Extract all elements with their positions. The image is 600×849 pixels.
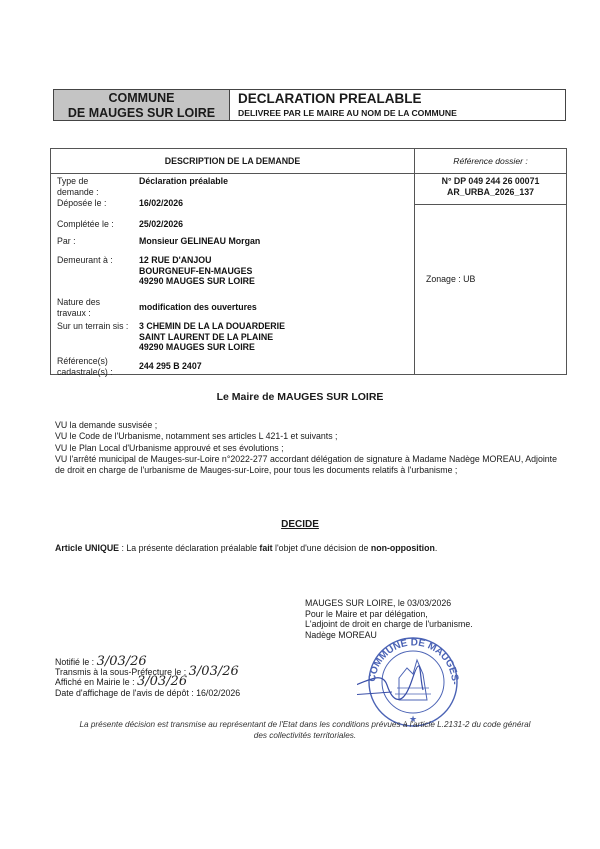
row-value: modification des ouvertures [139, 302, 409, 313]
maire-title: Le Maire de MAUGES SUR LOIRE [0, 391, 600, 403]
reference-number: N° DP 049 244 26 00071 [415, 176, 566, 187]
row-value: Monsieur GELINEAU Morgan [139, 236, 409, 247]
decision-result: non-opposition [371, 543, 435, 553]
row-value: 12 RUE D'ANJOUBOURGNEUF-EN-MAUGES49290 M… [139, 255, 409, 287]
transmis-date: 3/03/26 [189, 664, 239, 679]
description-table: DESCRIPTION DE LA DEMANDE Référence doss… [50, 148, 567, 375]
vu-item: VU la demande susvisée ; [55, 420, 565, 431]
svg-text:COMMUNE DE MAUGES-SUR-LOIRE: COMMUNE DE MAUGES-SUR-LOIRE [357, 630, 460, 685]
row-value: 25/02/2026 [139, 219, 409, 230]
zonage: Zonage : UB [426, 274, 475, 284]
row-value: 3 CHEMIN DE LA LA DOUARDERIESAINT LAUREN… [139, 321, 409, 353]
vu-list: VU la demande susvisée ;VU le Code de l'… [55, 420, 565, 476]
decide-heading: DECIDE [0, 519, 600, 530]
commune-line2: DE MAUGES SUR LOIRE [54, 106, 229, 121]
document-title-box: DECLARATION PREALABLE DELIVREE PAR LE MA… [229, 89, 566, 121]
affichage-avis-date: Date d'affichage de l'avis de dépôt : 16… [55, 688, 240, 698]
document-subtitle: DELIVREE PAR LE MAIRE AU NOM DE LA COMMU… [238, 107, 565, 119]
row-value: 16/02/2026 [139, 198, 409, 209]
official-stamp-icon: COMMUNE DE MAUGES-SUR-LOIRE ★ [357, 630, 467, 730]
vu-item: VU le Code de l'Urbanisme, notamment ses… [55, 431, 565, 442]
stamp-text: COMMUNE DE MAUGES-SUR-LOIRE [357, 630, 460, 685]
article-unique: Article UNIQUE : La présente déclaration… [55, 543, 575, 553]
vu-item: VU l'arrêté municipal de Mauges-sur-Loir… [55, 454, 565, 477]
reference-heading: Référence dossier : [415, 149, 566, 174]
place-date: MAUGES SUR LOIRE, le 03/03/2026 [305, 598, 473, 609]
reference-code: AR_URBA_2026_137 [415, 187, 566, 198]
description-heading: DESCRIPTION DE LA DEMANDE [51, 149, 415, 174]
notification-notes: Notifié le : 3/03/26 Transmis à la sous-… [55, 657, 240, 698]
commune-box: COMMUNE DE MAUGES SUR LOIRE [53, 89, 229, 121]
row-value: Déclaration préalable [139, 176, 409, 187]
article-label: Article UNIQUE [55, 543, 119, 553]
reference-box: N° DP 049 244 26 00071 AR_URBA_2026_137 [415, 173, 566, 205]
vu-item: VU le Plan Local d'Urbanisme approuvé et… [55, 443, 565, 454]
document-title: DECLARATION PREALABLE [238, 91, 565, 107]
commune-line1: COMMUNE [54, 91, 229, 106]
row-value: 244 295 B 2407 [139, 361, 409, 372]
legal-footer: La présente décision est transmise au re… [50, 719, 560, 741]
